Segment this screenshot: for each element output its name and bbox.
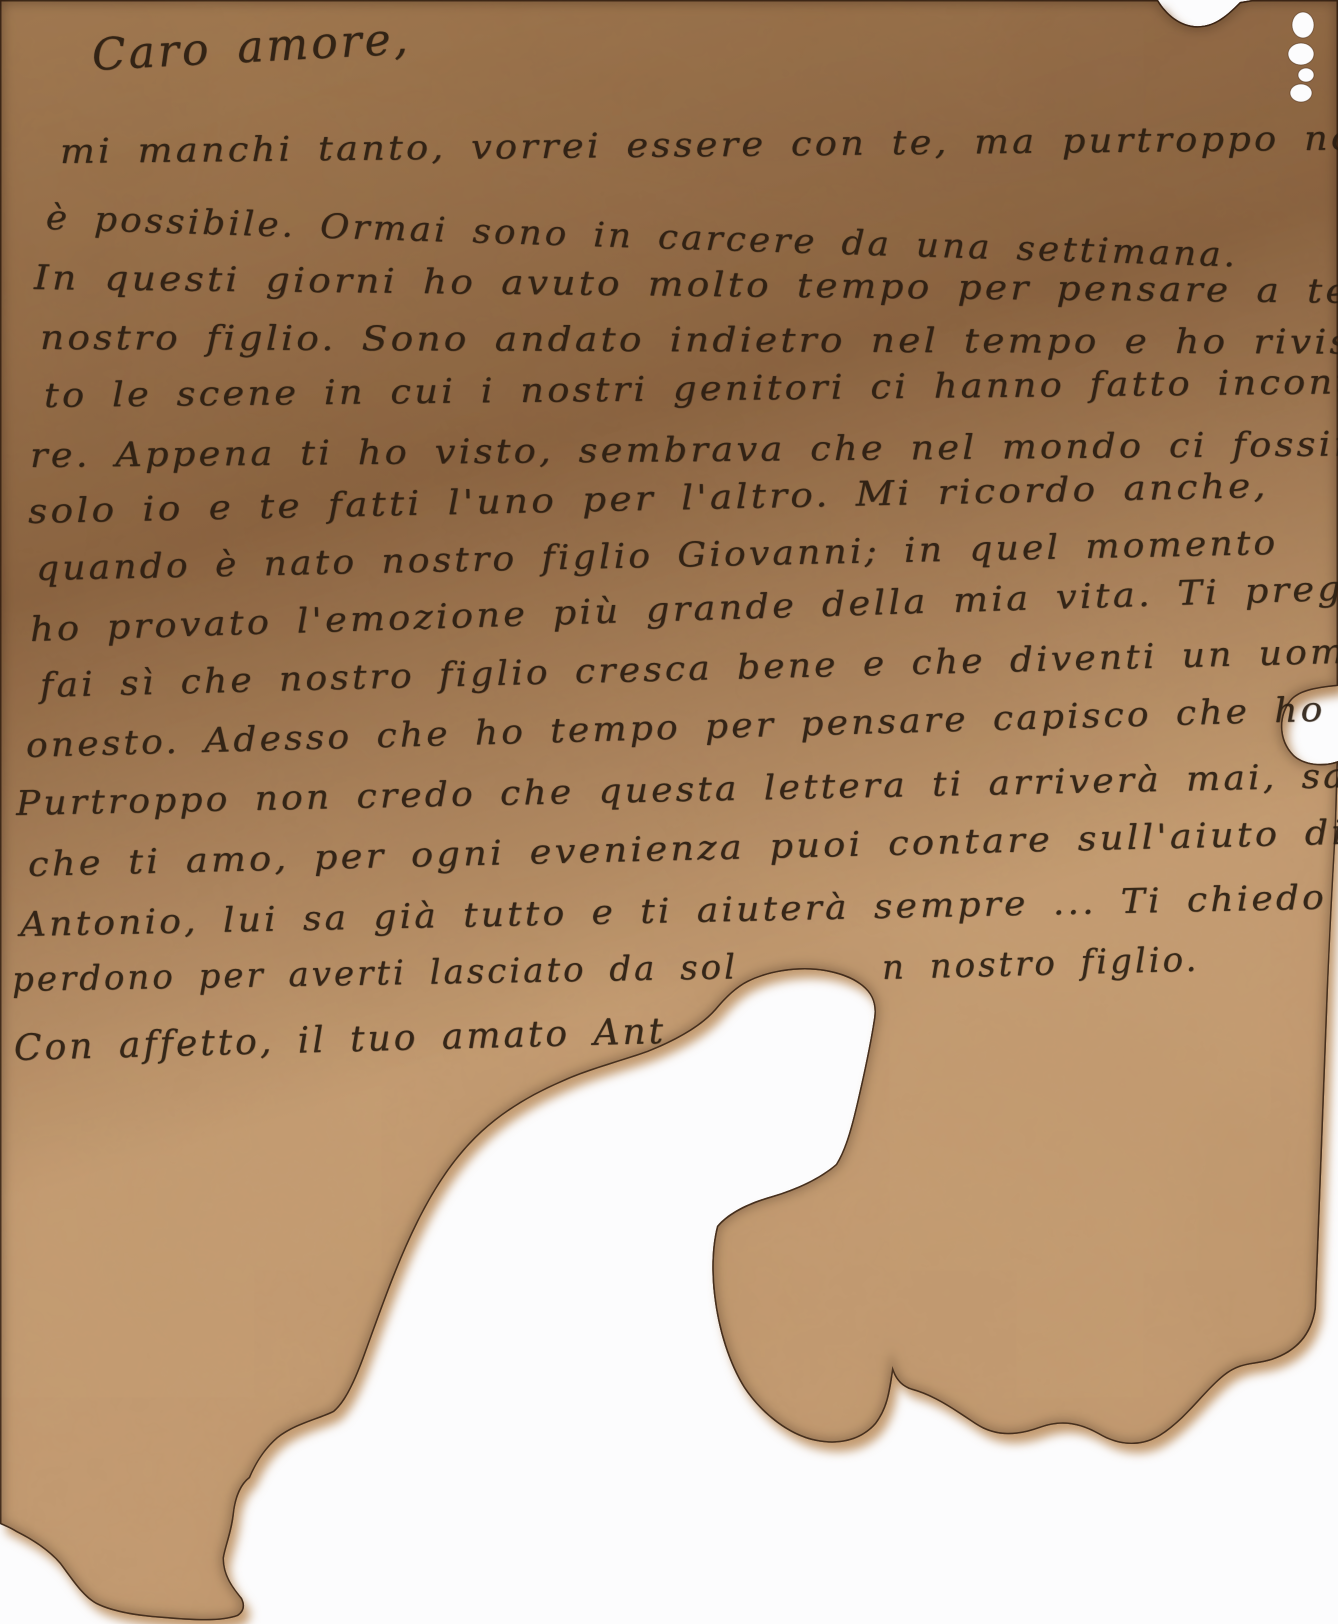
signature-line: Con affetto, il tuo amato Ant	[13, 1011, 666, 1069]
letter-line: to le scene in cui i nostri genitori ci …	[44, 362, 1338, 416]
letter-line: che ti amo, per ogni evenienza puoi cont…	[28, 813, 1338, 885]
scanned-letter: Caro amore, mi manchi tanto, vorrei esse…	[0, 0, 1338, 1624]
letter-line: nostro figlio. Sono andato indietro nel …	[40, 318, 1338, 363]
letter-line: mi manchi tanto, vorrei essere con te, m…	[60, 118, 1338, 172]
letter-text: Caro amore, mi manchi tanto, vorrei esse…	[0, 0, 1338, 1624]
letter-line: solo io e te fatti l'uno per l'altro. Mi…	[28, 466, 1269, 532]
salutation-line: Caro amore,	[91, 13, 412, 81]
letter-line-torn-left: perdono per averti lasciato da sol	[12, 947, 739, 1000]
letter-line-torn-right: n nostro figlio.	[881, 940, 1199, 988]
letter-line: Antonio, lui sa già tutto e ti aiuterà s…	[20, 878, 1328, 945]
letter-line: Purtroppo non credo che questa lettera t…	[16, 755, 1338, 824]
